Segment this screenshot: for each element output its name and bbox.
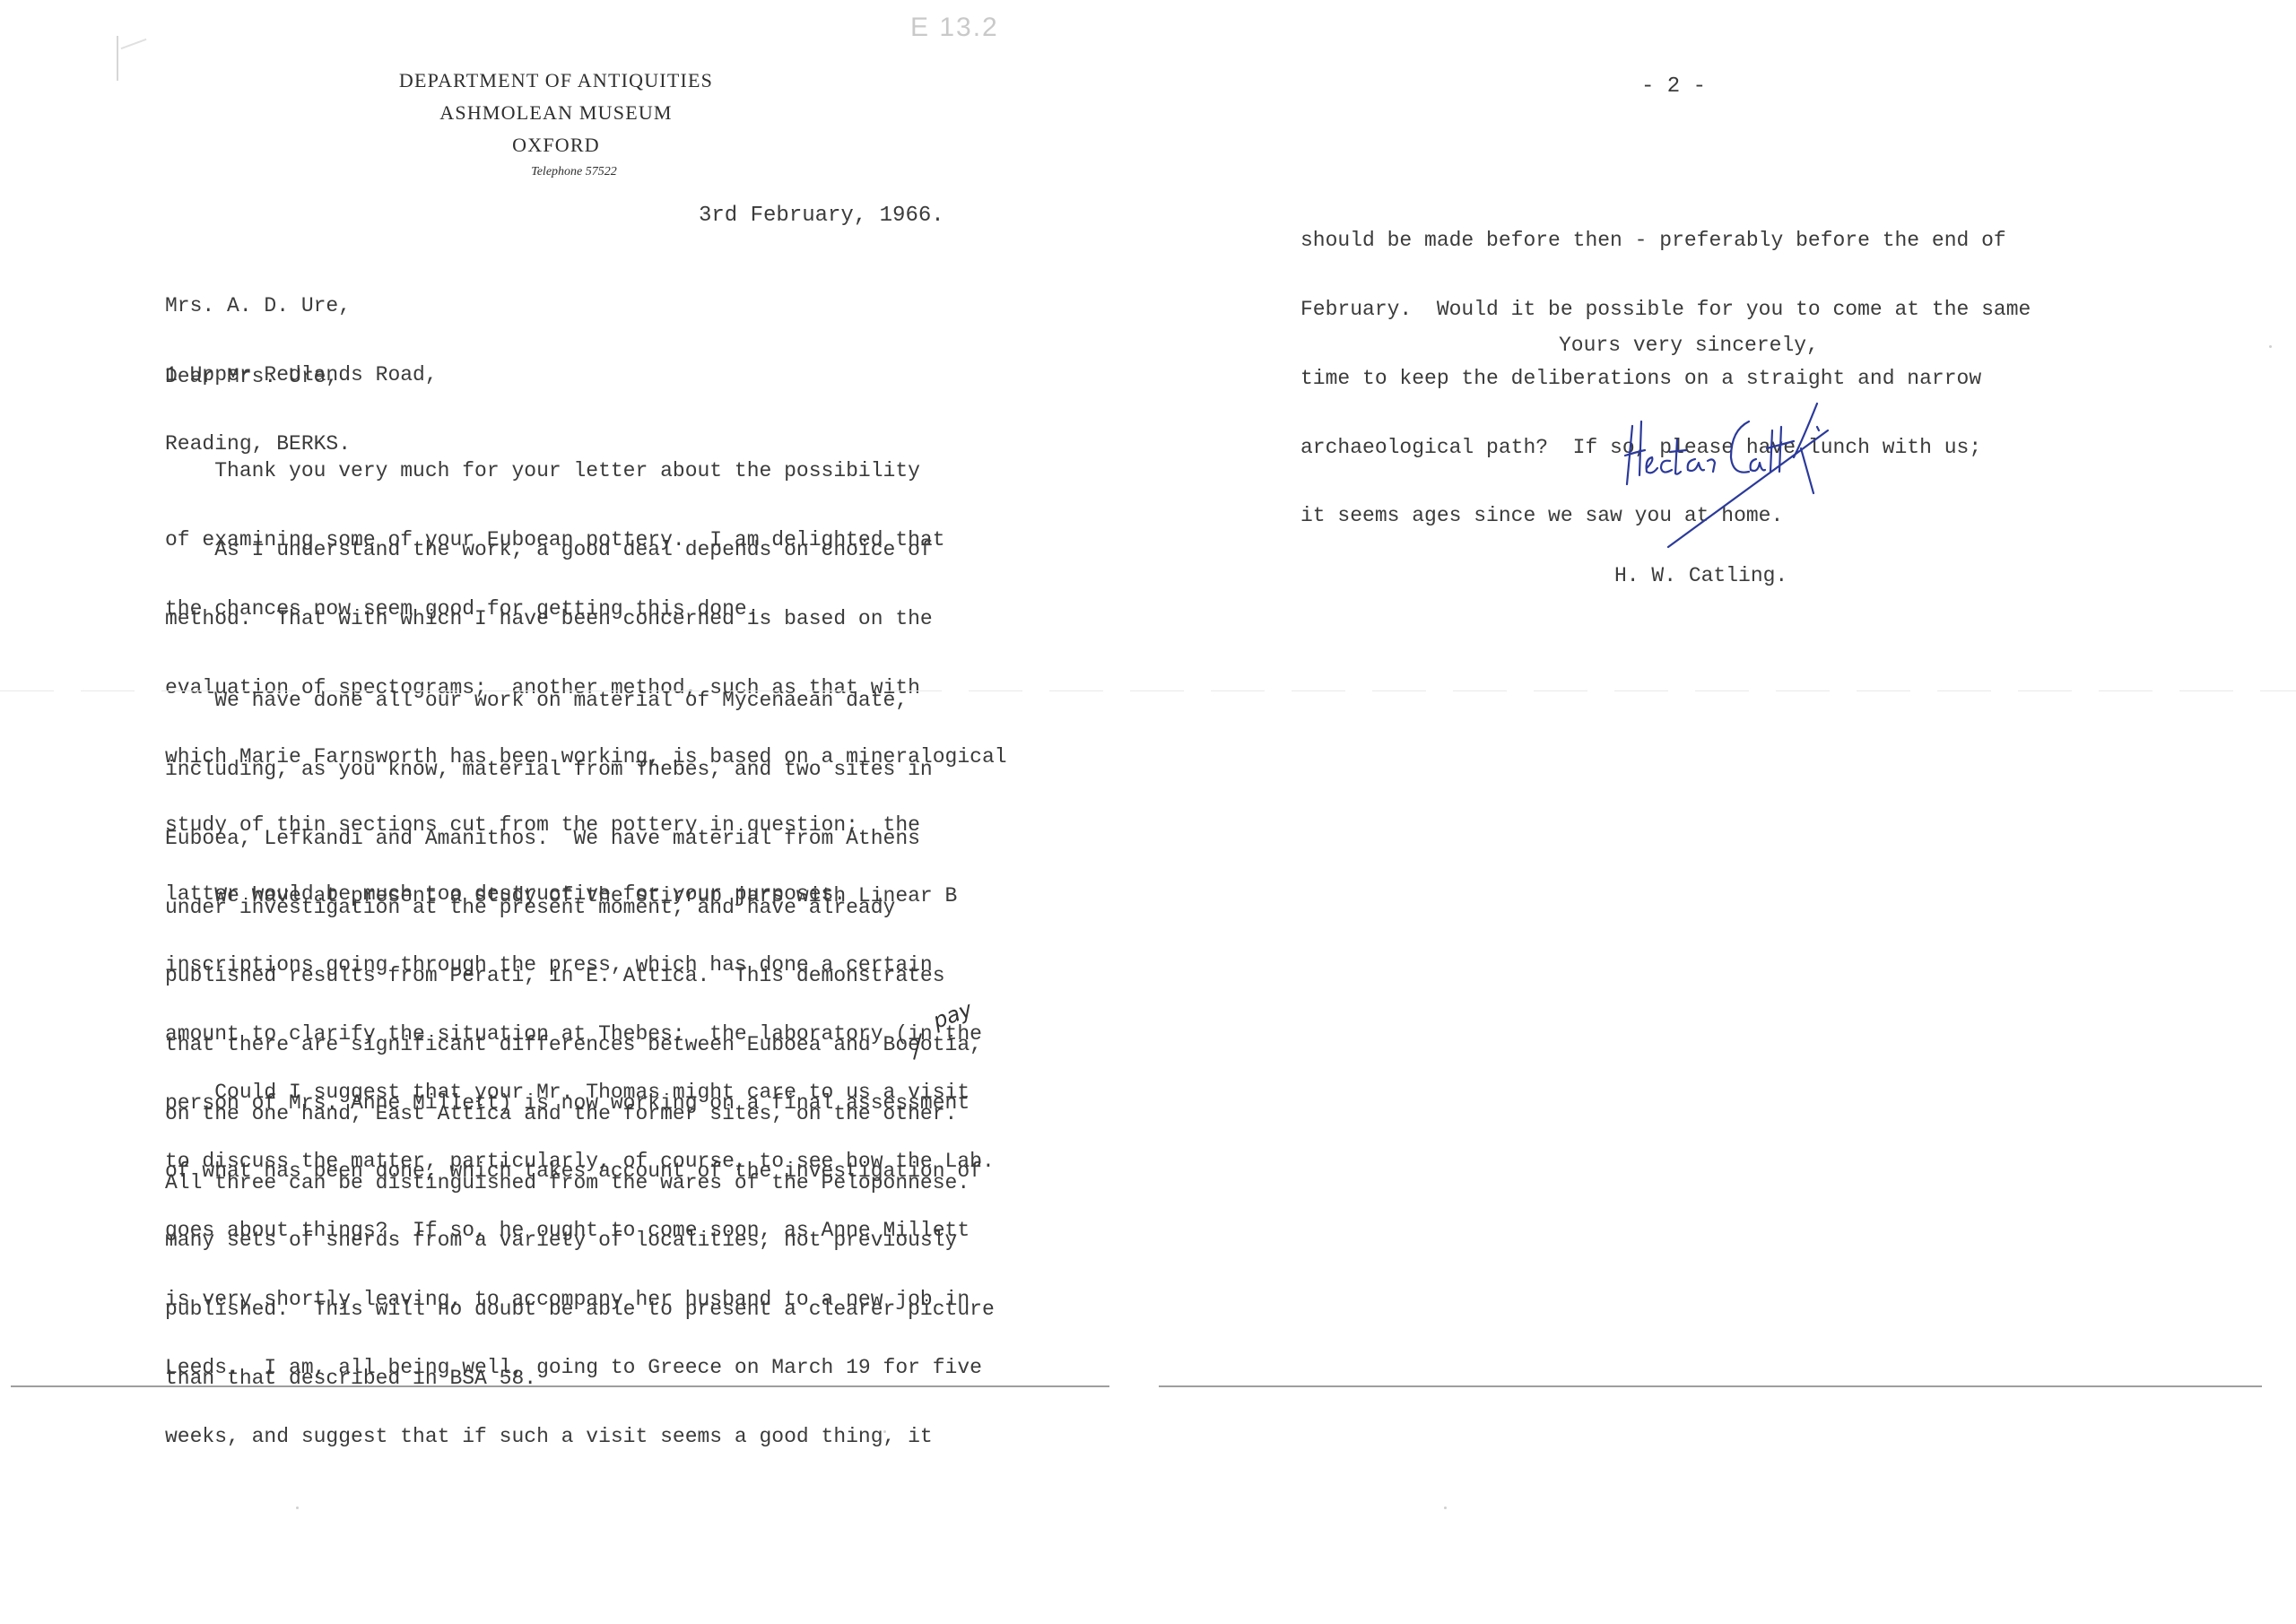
text-line: inscriptions going through the press, wh… xyxy=(165,954,995,977)
text-line: goes about things? If so, he ought to co… xyxy=(165,1220,995,1243)
text-line: Could I suggest that your Mr. Thomas mig… xyxy=(165,1081,995,1105)
text-line: February. Would it be possible for you t… xyxy=(1300,299,2031,322)
archive-reference: E 13.2 xyxy=(910,13,999,43)
page-bottom-edge xyxy=(11,1385,1109,1387)
letterhead-city: OXFORD xyxy=(323,129,789,161)
text-line: method. That with which I have been conc… xyxy=(165,608,1007,631)
text-line: We have done all our work on material of… xyxy=(165,690,982,713)
scan-speck xyxy=(1444,1507,1447,1509)
letterhead: DEPARTMENT OF ANTIQUITIES ASHMOLEAN MUSE… xyxy=(323,65,789,179)
letterhead-institution: ASHMOLEAN MUSEUM xyxy=(323,97,789,129)
text-line: including, as you know, material from Th… xyxy=(165,759,982,782)
salutation: Dear Mrs. Ure, xyxy=(165,366,338,389)
scan-speck xyxy=(296,1507,299,1509)
text-line: As I understand the work, a good deal de… xyxy=(165,539,1007,562)
scan-speck xyxy=(2269,345,2272,348)
page-bottom-edge xyxy=(1159,1385,2262,1387)
letter-date: 3rd February, 1966. xyxy=(699,204,944,228)
scan-speck xyxy=(883,1430,886,1433)
scan-crease xyxy=(0,690,2296,691)
text-line: Leeds. I am, all being well, going to Gr… xyxy=(165,1357,995,1380)
text-line: should be made before then - preferably … xyxy=(1300,230,2031,253)
text-line: to discuss the matter, particularly, of … xyxy=(165,1151,995,1174)
text-line: is very shortly leaving, to accompany he… xyxy=(165,1289,995,1312)
letterhead-telephone: Telephone 57522 xyxy=(359,165,789,179)
text-line: We have at present a study of the stirru… xyxy=(165,885,995,908)
handwritten-signature xyxy=(1614,386,1857,556)
pencil-mark xyxy=(117,36,154,81)
page-number: - 2 - xyxy=(1641,75,1706,99)
paragraph-5: Could I suggest that your Mr. Thomas mig… xyxy=(165,1036,995,1472)
letterhead-department: DEPARTMENT OF ANTIQUITIES xyxy=(323,65,789,97)
closing: Yours very sincerely, xyxy=(1559,334,1819,358)
signer-name: H. W. Catling. xyxy=(1614,565,1787,588)
address-line: Mrs. A. D. Ure, xyxy=(165,295,438,318)
text-line: weeks, and suggest that if such a visit … xyxy=(165,1426,995,1449)
text-line: Thank you very much for your letter abou… xyxy=(165,460,945,483)
